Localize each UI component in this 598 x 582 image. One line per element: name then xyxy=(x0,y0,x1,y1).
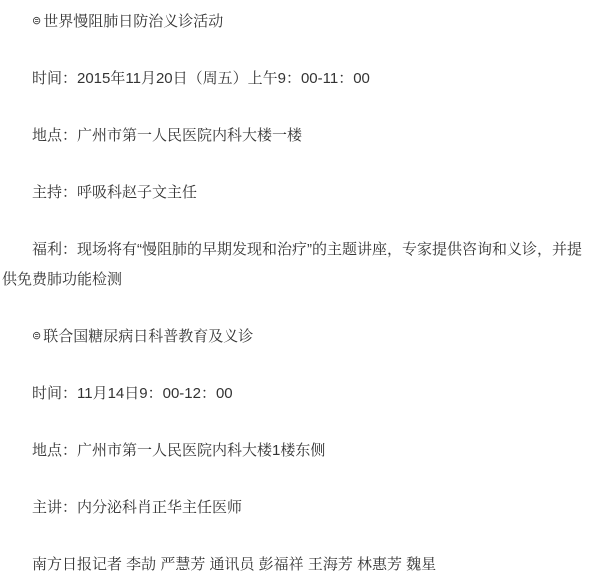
event-time-text: 时间：11月14日9：00-12：00 xyxy=(2,379,594,409)
article-body: ⊜世界慢阻肺日防治义诊活动 时间：2015年11月20日（周五）上午9：00-1… xyxy=(2,7,594,580)
event-speaker-text: 主讲：内分泌科肖正华主任医师 xyxy=(2,493,594,523)
event-1-benefit: 福利：现场将有“慢阻肺的早期发现和治疗”的主题讲座，专家提供咨询和义诊，并提供免… xyxy=(2,235,594,295)
event-1-time: 时间：2015年11月20日（周五）上午9：00-11：00 xyxy=(2,64,594,94)
event-title-text: 世界慢阻肺日防治义诊活动 xyxy=(43,13,223,30)
event-location-text: 地点：广州市第一人民医院内科大楼一楼 xyxy=(2,121,594,151)
event-host-text: 主持：呼吸科赵子文主任 xyxy=(2,178,594,208)
event-1-title: ⊜世界慢阻肺日防治义诊活动 xyxy=(2,7,594,37)
event-2-speaker: 主讲：内分泌科肖正华主任医师 xyxy=(2,493,594,523)
event-1-location: 地点：广州市第一人民医院内科大楼一楼 xyxy=(2,121,594,151)
circled-bullet-icon: ⊜ xyxy=(32,331,41,342)
circled-bullet-icon: ⊜ xyxy=(32,16,41,27)
byline-text: 南方日报记者 李劼 严慧芳 通讯员 彭福祥 王海芳 林惠芳 魏星 xyxy=(2,550,594,580)
event-benefit-line-2: 供免费肺功能检测 xyxy=(2,265,594,295)
event-2-time: 时间：11月14日9：00-12：00 xyxy=(2,379,594,409)
event-1-host: 主持：呼吸科赵子文主任 xyxy=(2,178,594,208)
byline: 南方日报记者 李劼 严慧芳 通讯员 彭福祥 王海芳 林惠芳 魏星 xyxy=(2,550,594,580)
event-title-text: 联合国糖尿病日科普教育及义诊 xyxy=(43,328,253,345)
event-location-text: 地点：广州市第一人民医院内科大楼1楼东侧 xyxy=(2,436,594,466)
event-2-title: ⊜联合国糖尿病日科普教育及义诊 xyxy=(2,322,594,352)
article-page: { "page": { "background_color": "#ffffff… xyxy=(0,0,598,582)
event-2-location: 地点：广州市第一人民医院内科大楼1楼东侧 xyxy=(2,436,594,466)
event-benefit-line-1: 福利：现场将有“慢阻肺的早期发现和治疗”的主题讲座，专家提供咨询和义诊，并提 xyxy=(2,235,594,265)
event-time-text: 时间：2015年11月20日（周五）上午9：00-11：00 xyxy=(2,64,594,94)
